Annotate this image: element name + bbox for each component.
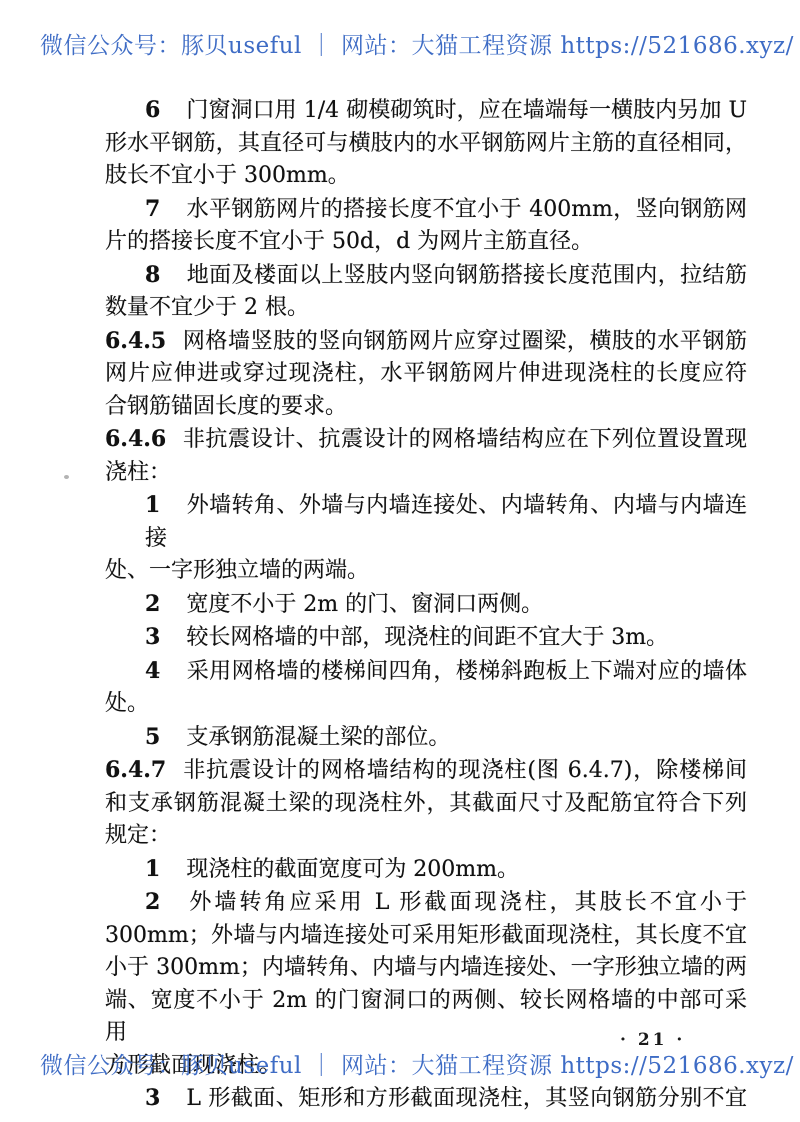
line-text: 肢长不宜小于 300mm。: [105, 163, 350, 188]
item-number: 6.4.6: [105, 426, 166, 452]
text-line: 2外墙转角应采用 L 形截面现浇柱，其肢长不宜小于: [105, 886, 747, 920]
line-text: 片的搭接长度不宜小于 50d，d 为网片主筋直径。: [105, 229, 593, 254]
text-line: 8地面及楼面以上竖肢内竖向钢筋搭接长度范围内，拉结筋: [105, 259, 747, 293]
item-number: 3: [145, 1085, 160, 1111]
text-line: 规定：: [105, 820, 747, 853]
line-text: 外墙转角、外墙与内墙连接处、内墙转角、内墙与内墙连接: [145, 493, 747, 551]
text-line: 和支承钢筋混凝土梁的现浇柱外，其截面尺寸及配筋宜符合下列: [105, 788, 747, 821]
text-line: 形水平钢筋，其直径可与横肢内的水平钢筋网片主筋的直径相同，: [105, 128, 747, 161]
line-text: 采用网格墙的楼梯间四角，楼梯斜跑板上下端对应的墙体: [186, 659, 747, 684]
line-text: 水平钢筋网片的搭接长度不宜小于 400mm，竖向钢筋网: [186, 197, 747, 222]
text-line: 1外墙转角、外墙与内墙连接处、内墙转角、内墙与内墙连接: [105, 489, 747, 555]
line-text: 支承钢筋混凝土梁的部位。: [186, 725, 450, 750]
line-text: 和支承钢筋混凝土梁的现浇柱外，其截面尺寸及配筋宜符合下列: [105, 791, 747, 816]
item-number: 3: [145, 624, 160, 650]
text-line: 5支承钢筋混凝土梁的部位。: [105, 721, 747, 755]
line-text: 处。: [105, 691, 149, 716]
line-text: 现浇柱的截面宽度可为 200mm。: [186, 857, 519, 882]
item-number: 4: [145, 658, 160, 684]
line-text: 处、一字形独立墙的两端。: [105, 558, 369, 583]
text-line: 6门窗洞口用 1/4 砌模砌筑时，应在墙端每一横肢内另加 U: [105, 94, 747, 128]
line-text: 小于 300mm；内墙转角、内墙与内墙连接处、一字形独立墙的两: [105, 955, 747, 980]
text-line: 处、一字形独立墙的两端。: [105, 555, 747, 588]
text-line: 数量不宜少于 2 根。: [105, 292, 747, 325]
item-number: 7: [145, 196, 160, 222]
line-text: 门窗洞口用 1/4 砌模砌筑时，应在墙端每一横肢内另加 U: [186, 98, 747, 123]
line-text: 网片应伸进或穿过现浇柱，水平钢筋网片伸进现浇柱的长度应符: [105, 361, 747, 386]
text-line: 小于 300mm；内墙转角、内墙与内墙连接处、一字形独立墙的两: [105, 952, 747, 985]
item-number: 8: [145, 262, 160, 288]
document-body: 6门窗洞口用 1/4 砌模砌筑时，应在墙端每一横肢内另加 U形水平钢筋，其直径可…: [105, 94, 747, 1116]
header-watermark: 微信公众号：豚贝useful ｜ 网站：大猫工程资源 https://52168…: [40, 27, 785, 60]
text-line: 7水平钢筋网片的搭接长度不宜小于 400mm，竖向钢筋网: [105, 193, 747, 227]
line-text: 形水平钢筋，其直径可与横肢内的水平钢筋网片主筋的直径相同，: [105, 131, 747, 156]
scan-speck: [64, 475, 69, 479]
text-line: 6.4.7非抗震设计的网格墙结构的现浇柱(图 6.4.7)，除楼梯间: [105, 754, 747, 788]
line-text: 外墙转角应采用 L 形截面现浇柱，其肢长不宜小于: [186, 890, 747, 915]
item-number: 2: [145, 889, 160, 915]
line-text: 非抗震设计的网格墙结构的现浇柱(图 6.4.7)，除楼梯间: [182, 758, 747, 783]
line-text: 网格墙竖肢的竖向钢筋网片应穿过圈梁，横肢的水平钢筋: [182, 329, 747, 354]
footer-watermark: 微信公众号：豚贝useful ｜ 网站：大猫工程资源 https://52168…: [40, 1047, 785, 1080]
line-text: 非抗震设计、抗震设计的网格墙结构应在下列位置设置现: [182, 427, 747, 452]
text-line: 网片应伸进或穿过现浇柱，水平钢筋网片伸进现浇柱的长度应符: [105, 358, 747, 391]
item-number: 6.4.7: [105, 757, 166, 783]
text-line: 肢长不宜小于 300mm。: [105, 160, 747, 193]
item-number: 6.4.5: [105, 328, 166, 354]
text-line: 2宽度不小于 2m 的门、窗洞口两侧。: [105, 588, 747, 622]
text-line: 3较长网格墙的中部，现浇柱的间距不宜大于 3m。: [105, 621, 747, 655]
line-text: 较长网格墙的中部，现浇柱的间距不宜大于 3m。: [186, 625, 668, 650]
item-number: 6: [145, 97, 160, 123]
line-text: 300mm；外墙与内墙连接处可采用矩形截面现浇柱，其长度不宜: [105, 923, 747, 948]
text-line: 处。: [105, 688, 747, 721]
line-text: 宽度不小于 2m 的门、窗洞口两侧。: [186, 592, 543, 617]
scanned-document-page: 微信公众号：豚贝useful ｜ 网站：大猫工程资源 https://52168…: [0, 0, 800, 1122]
text-line: 3L 形截面、矩形和方形截面现浇柱，其竖向钢筋分别不宜: [105, 1082, 747, 1116]
item-number: 1: [145, 856, 160, 882]
line-text: 地面及楼面以上竖肢内竖向钢筋搭接长度范围内，拉结筋: [186, 263, 747, 288]
item-number: 2: [145, 591, 160, 617]
line-text: 数量不宜少于 2 根。: [105, 295, 309, 320]
line-text: 合钢筋锚固长度的要求。: [105, 394, 347, 419]
line-text: 规定：: [105, 823, 171, 848]
text-line: 6.4.6非抗震设计、抗震设计的网格墙结构应在下列位置设置现: [105, 423, 747, 457]
text-line: 片的搭接长度不宜小于 50d，d 为网片主筋直径。: [105, 226, 747, 259]
text-line: 300mm；外墙与内墙连接处可采用矩形截面现浇柱，其长度不宜: [105, 920, 747, 953]
text-line: 4采用网格墙的楼梯间四角，楼梯斜跑板上下端对应的墙体: [105, 655, 747, 689]
text-line: 6.4.5网格墙竖肢的竖向钢筋网片应穿过圈梁，横肢的水平钢筋: [105, 325, 747, 359]
text-line: 合钢筋锚固长度的要求。: [105, 391, 747, 424]
line-text: L 形截面、矩形和方形截面现浇柱，其竖向钢筋分别不宜: [186, 1086, 747, 1111]
text-line: 1现浇柱的截面宽度可为 200mm。: [105, 853, 747, 887]
item-number: 5: [145, 724, 160, 750]
text-line: 浇柱：: [105, 457, 747, 490]
line-text: 浇柱：: [105, 460, 171, 485]
item-number: 1: [145, 492, 160, 518]
